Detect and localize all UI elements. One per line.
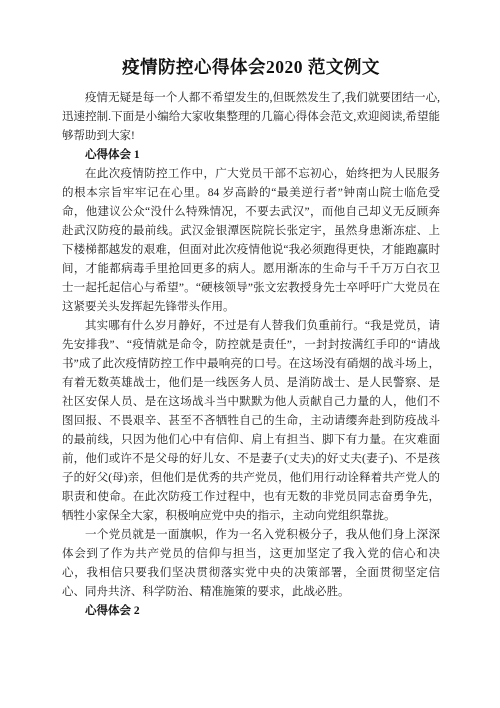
document-title: 疫情防控心得体会2020 范文例文 [62, 54, 440, 80]
body-paragraph-2: 其实哪有什么岁月静好，不过是有人替我们负重前行。“我是党员，请先安排我”、“疫情… [62, 317, 440, 526]
section-heading-1: 心得体会 1 [62, 146, 440, 165]
section-heading-2: 心得体会 2 [62, 602, 440, 621]
body-paragraph-1: 在此次疫情防控工作中，广大党员干部不忘初心，始终把为人民服务的根本宗旨牢牢记在心… [62, 165, 440, 317]
body-paragraph-3: 一个党员就是一面旗帜，作为一名入党积极分子，我从他们身上深深体会到了作为共产党员… [62, 526, 440, 602]
intro-paragraph: 疫情无疑是每一个人都不希望发生的,但既然发生了,我们就要团结一心,迅速控制.下面… [62, 89, 440, 146]
document-page: 疫情防控心得体会2020 范文例文 疫情无疑是每一个人都不希望发生的,但既然发生… [0, 0, 500, 708]
